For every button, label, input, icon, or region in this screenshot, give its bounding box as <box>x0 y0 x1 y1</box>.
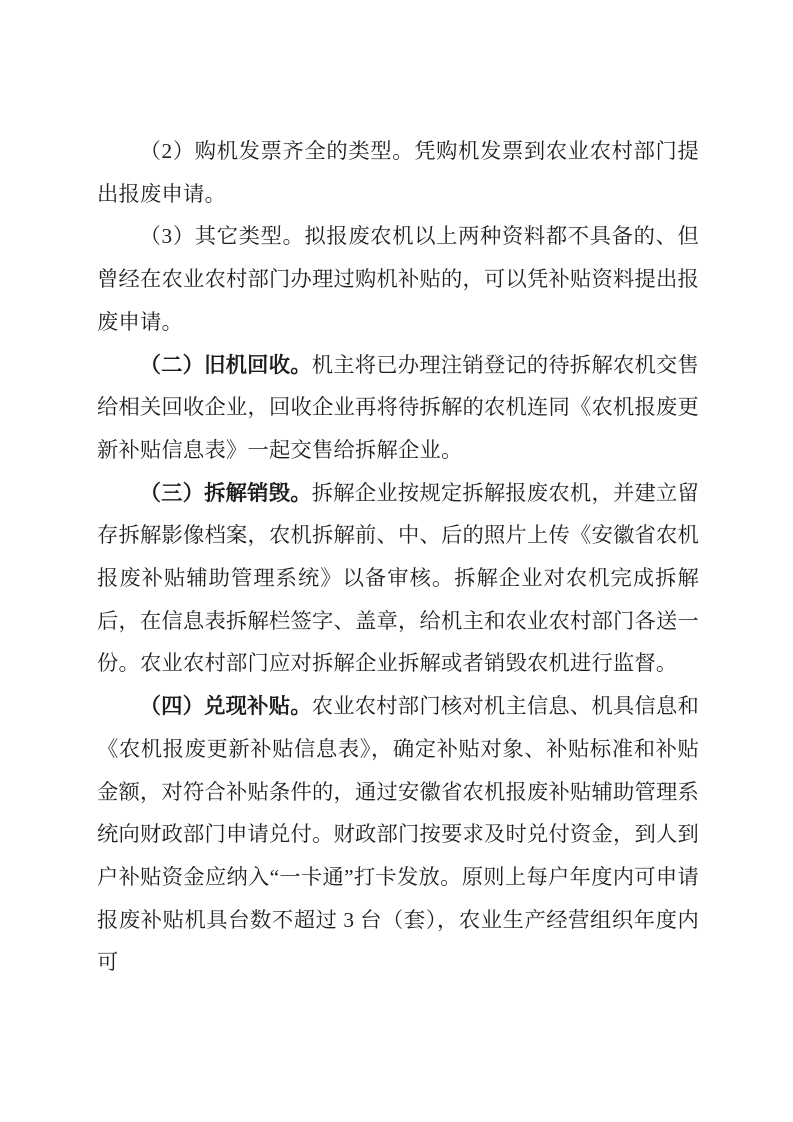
paragraph-item-3-other-type: （3）其它类型。拟报废农机以上两种资料都不具备的、但曾经在农业农村部门办理过购机… <box>97 215 699 343</box>
section-heading: （二）旧机回收。 <box>140 353 312 377</box>
paragraph-text: （3）其它类型。拟报废农机以上两种资料都不具备的、但曾经在农业农村部门办理过购机… <box>97 224 699 333</box>
paragraph-section-2-recycle: （二）旧机回收。机主将已办理注销登记的待拆解农机交售给相关回收企业，回收企业再将… <box>97 344 699 472</box>
paragraph-text: 农业农村部门核对机主信息、机具信息和《农机报废更新补贴信息表》，确定补贴对象、补… <box>97 694 699 974</box>
paragraph-section-4-subsidy: （四）兑现补贴。农业农村部门核对机主信息、机具信息和《农机报废更新补贴信息表》，… <box>97 685 699 984</box>
section-heading: （四）兑现补贴。 <box>140 694 312 718</box>
document-body: （2）购机发票齐全的类型。凭购机发票到农业农村部门提出报废申请。 （3）其它类型… <box>97 130 699 984</box>
paragraph-text: 拆解企业按规定拆解报废农机，并建立留存拆解影像档案，农机拆解前、中、后的照片上传… <box>97 481 699 676</box>
document-page: （2）购机发票齐全的类型。凭购机发票到农业农村部门提出报废申请。 （3）其它类型… <box>0 0 793 1122</box>
paragraph-text: （2）购机发票齐全的类型。凭购机发票到农业农村部门提出报废申请。 <box>97 139 699 206</box>
paragraph-item-2-invoice: （2）购机发票齐全的类型。凭购机发票到农业农村部门提出报废申请。 <box>97 130 699 215</box>
paragraph-section-3-dismantle: （三）拆解销毁。拆解企业按规定拆解报废农机，并建立留存拆解影像档案，农机拆解前、… <box>97 472 699 686</box>
section-heading: （三）拆解销毁。 <box>140 481 312 505</box>
